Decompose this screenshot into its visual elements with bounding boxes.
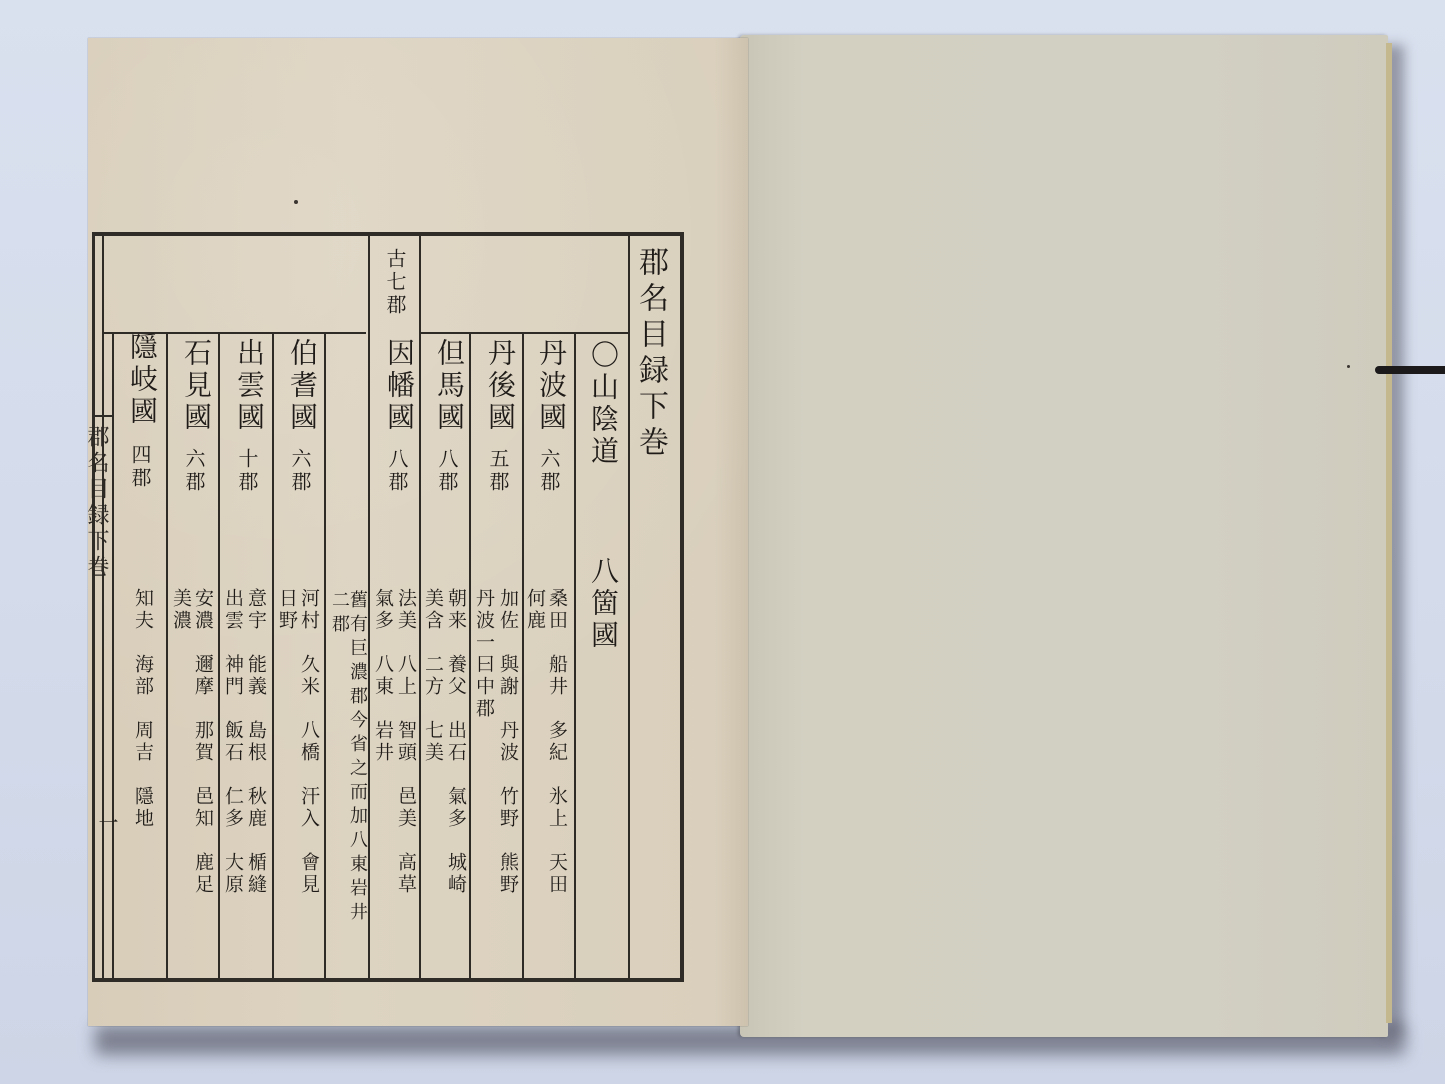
district-list: 知夫 海部 周吉 隱地 xyxy=(132,588,154,830)
column-rule xyxy=(574,332,576,978)
district-count: 八郡 xyxy=(383,448,412,494)
district-count: 十郡 xyxy=(233,448,262,494)
paper-speck xyxy=(1347,365,1350,368)
district-count: 八郡 xyxy=(433,448,462,494)
district-list: 氣多 八東 岩井 xyxy=(372,588,394,764)
province-name: 丹波國 xyxy=(531,338,571,434)
gutter-title-text: 郡名目録下巻 xyxy=(84,425,109,581)
region-heading: 〇山陰道 xyxy=(583,340,623,468)
column-rule xyxy=(272,332,274,978)
region-count: 八箇國 xyxy=(583,556,623,652)
district-count: 六郡 xyxy=(286,448,315,494)
gutter-title: 郡名目録下巻 xyxy=(92,415,112,975)
district-list: 河村 久米 八橋 汗入 會見 xyxy=(298,588,320,896)
district-list: 朝来 養父 出石 氣多 城崎 xyxy=(445,588,467,896)
district-count: 四郡 xyxy=(126,444,155,490)
province-name: 丹後國 xyxy=(480,338,520,434)
district-list: 日野 xyxy=(276,588,298,632)
district-list: 加佐 與謝 丹波 竹野 熊野 xyxy=(497,588,519,896)
province-note: 舊有巨濃郡今省之而加八東岩井 xyxy=(344,590,370,926)
district-list: 意宇 能義 島根 秋鹿 楯縫 xyxy=(245,588,267,896)
province-name: 隱岐國 xyxy=(122,332,162,428)
province-name: 石見國 xyxy=(176,338,216,434)
province-name: 出雲國 xyxy=(229,338,269,434)
district-count: 五郡 xyxy=(484,448,513,494)
column-rule xyxy=(112,332,114,978)
province-name: 因幡國 xyxy=(379,338,419,434)
column-rule xyxy=(522,332,524,978)
district-list: 美含 二方 七美 xyxy=(422,588,444,764)
district-note: 丹波一曰中郡 xyxy=(473,588,495,720)
district-list: 法美 八上 智頭 邑美 高草 xyxy=(395,588,417,896)
district-list: 何鹿 xyxy=(524,588,546,632)
district-count: 六郡 xyxy=(180,448,209,494)
column-rule xyxy=(469,332,471,978)
district-count: 六郡 xyxy=(535,448,564,494)
district-list: 出雲 神門 飯石 仁多 大原 xyxy=(222,588,244,896)
page-number: 一 xyxy=(93,812,122,835)
column-rule xyxy=(324,332,326,978)
header-rule-mid xyxy=(420,332,630,334)
district-list: 桑田 船井 多紀 氷上 天田 xyxy=(546,588,568,896)
bookmark-string xyxy=(1375,366,1445,374)
old-count-note: 古七郡 xyxy=(381,248,410,317)
page-edge xyxy=(1386,43,1392,1023)
province-name: 伯耆國 xyxy=(282,338,322,434)
paper-speck xyxy=(294,200,298,204)
column-rule xyxy=(218,332,220,978)
district-list: 安濃 邇摩 那賀 邑知 鹿足 xyxy=(192,588,214,896)
province-name: 但馬國 xyxy=(429,338,469,434)
province-note: 二郡 xyxy=(326,590,352,638)
district-list: 美濃 xyxy=(170,588,192,632)
column-rule xyxy=(166,332,168,978)
right-page-blank xyxy=(740,35,1388,1037)
book-title: 郡名目録下巻 xyxy=(628,246,672,462)
column-rule xyxy=(419,236,421,978)
